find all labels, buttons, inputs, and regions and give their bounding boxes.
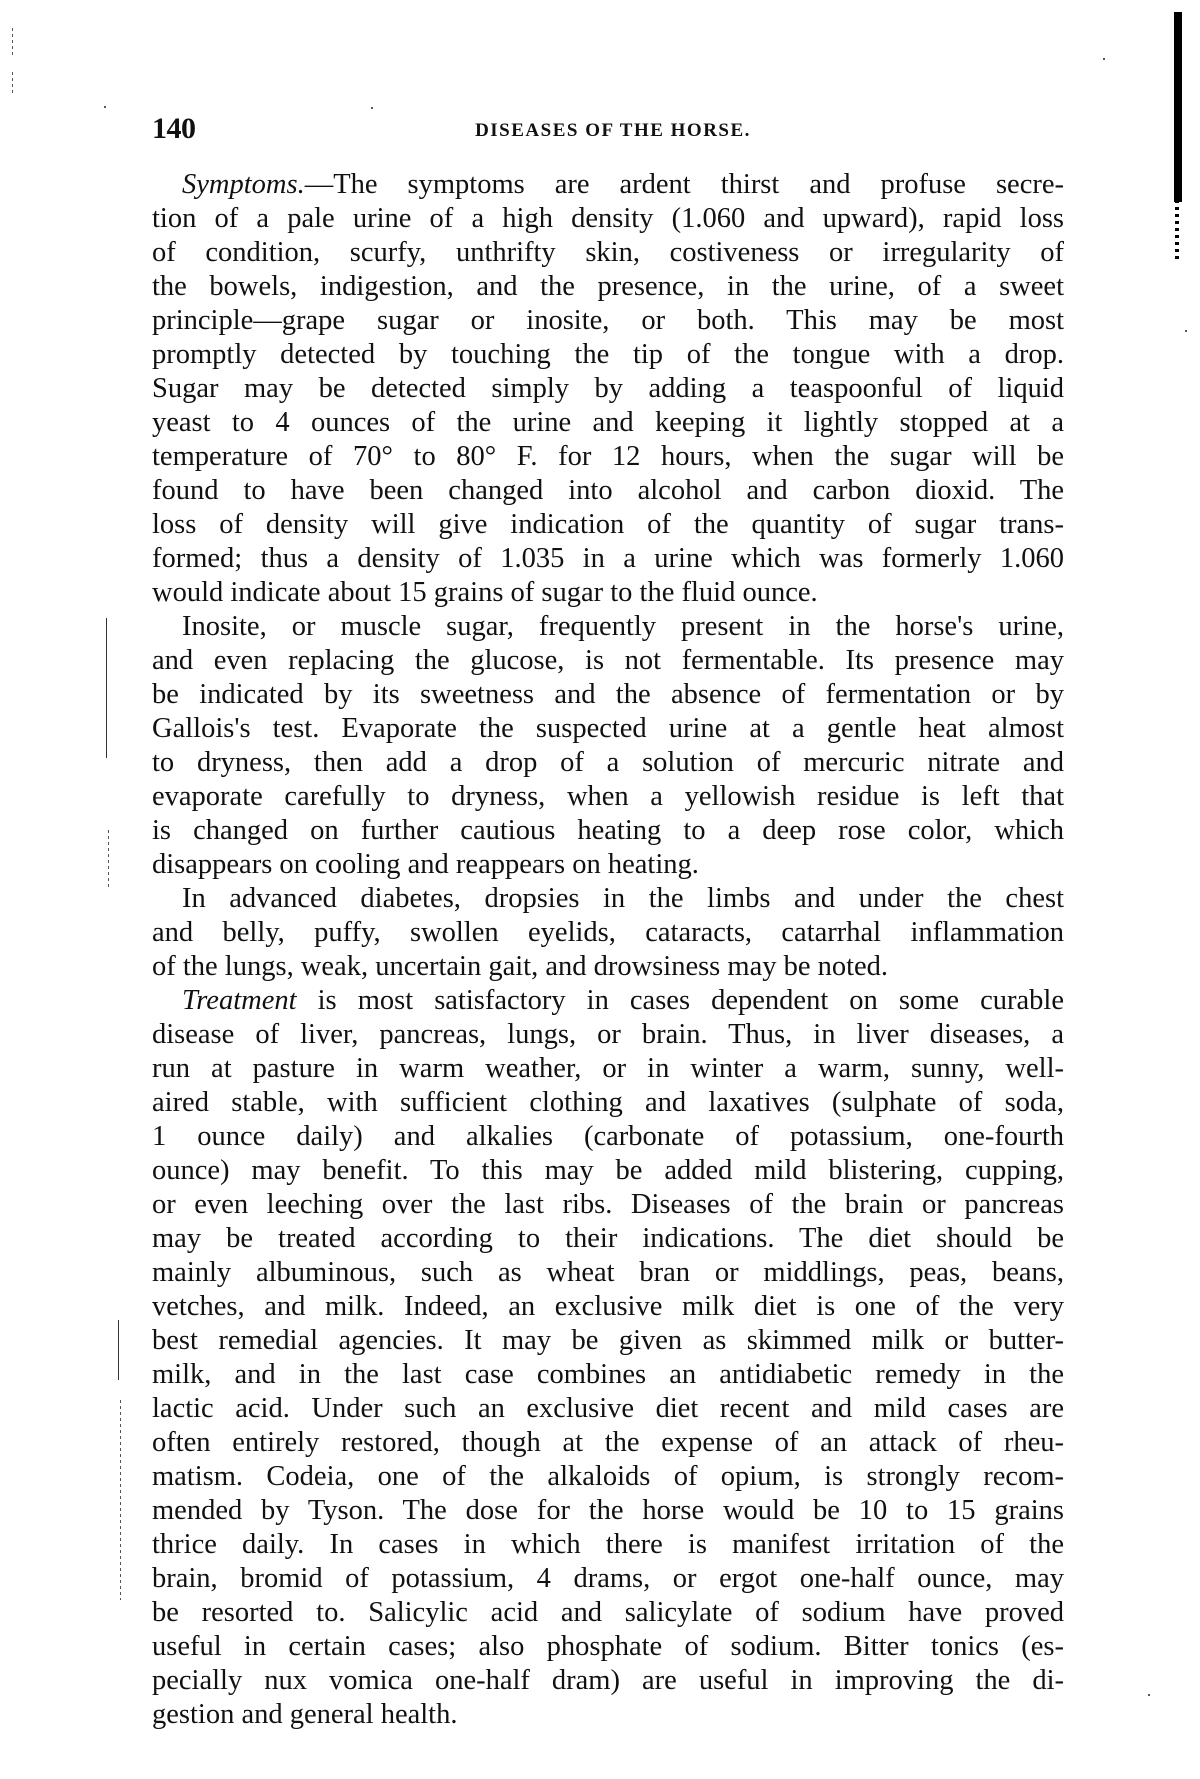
scan-artifact-left <box>106 618 107 758</box>
text-line: matism. Codeia, one of the alkaloids of … <box>152 1460 1064 1494</box>
text-line: vetches, and milk. Indeed, an exclusive … <box>152 1290 1064 1324</box>
text-line: In advanced diabetes, dropsies in the li… <box>152 882 1064 916</box>
section-lead-symptoms: Symptoms. <box>182 169 305 200</box>
text-line: promptly detected by touching the tip of… <box>152 338 1064 372</box>
scan-edge-shadow-fade <box>1175 200 1179 260</box>
text-line: brain, bromid of potassium, 4 drams, or … <box>152 1562 1064 1596</box>
text-line: Gallois's test. Evaporate the suspected … <box>152 712 1064 746</box>
scan-artifact-left <box>12 28 13 58</box>
scan-speck <box>1148 1694 1150 1696</box>
text-line: disappears on cooling and reappears on h… <box>152 848 1064 882</box>
text-line: pecially nux vomica one-half dram) are u… <box>152 1664 1064 1698</box>
book-page: 140 DISEASES OF THE HORSE. Symptoms.—The… <box>0 0 1200 1779</box>
body-text: Symptoms.—The symptoms are ardent thirst… <box>152 168 1064 1732</box>
text-line: temperature of 70° to 80° F. for 12 hour… <box>152 440 1064 474</box>
text-line: Sugar may be detected simply by adding a… <box>152 372 1064 406</box>
text-line: to dryness, then add a drop of a solutio… <box>152 746 1064 780</box>
text-line: the bowels, indigestion, and the presenc… <box>152 270 1064 304</box>
scan-speck <box>1103 58 1105 60</box>
text-line: is changed on further cautious heating t… <box>152 814 1064 848</box>
text-line: and belly, puffy, swollen eyelids, catar… <box>152 916 1064 950</box>
text-line: of condition, scurfy, unthrifty skin, co… <box>152 236 1064 270</box>
text-line: aired stable, with sufficient clothing a… <box>152 1086 1064 1120</box>
text-line: milk, and in the last case combines an a… <box>152 1358 1064 1392</box>
scan-speck <box>104 106 106 108</box>
text-line: disease of liver, pancreas, lungs, or br… <box>152 1018 1064 1052</box>
text-line: formed; thus a density of 1.035 in a uri… <box>152 542 1064 576</box>
text-line: or even leeching over the last ribs. Dis… <box>152 1188 1064 1222</box>
scan-artifact-left <box>120 1400 121 1600</box>
text-line: may be treated according to their indica… <box>152 1222 1064 1256</box>
text-line: be indicated by its sweetness and the ab… <box>152 678 1064 712</box>
scan-artifact-left <box>108 830 109 890</box>
text-line: Treatment is most satisfactory in cases … <box>152 984 1064 1018</box>
text-line: mended by Tyson. The dose for the horse … <box>152 1494 1064 1528</box>
text-line: be resorted to. Salicylic acid and salic… <box>152 1596 1064 1630</box>
running-header: 140 DISEASES OF THE HORSE. <box>152 112 1064 146</box>
scan-artifact-left <box>12 72 13 94</box>
text-line: useful in certain cases; also phosphate … <box>152 1630 1064 1664</box>
text-line: found to have been changed into alcohol … <box>152 474 1064 508</box>
text-line: run at pasture in warm weather, or in wi… <box>152 1052 1064 1086</box>
scan-edge-shadow <box>1174 12 1182 202</box>
text-line: mainly albuminous, such as wheat bran or… <box>152 1256 1064 1290</box>
text-line: ounce) may benefit. To this may be added… <box>152 1154 1064 1188</box>
text-line: Symptoms.—The symptoms are ardent thirst… <box>152 168 1064 202</box>
text-line: 1 ounce daily) and alkalies (carbonate o… <box>152 1120 1064 1154</box>
text-line: would indicate about 15 grains of sugar … <box>152 576 1064 610</box>
text-line: of the lungs, weak, uncertain gait, and … <box>152 950 1064 984</box>
text-line: yeast to 4 ounces of the urine and keepi… <box>152 406 1064 440</box>
text-line: evaporate carefully to dryness, when a y… <box>152 780 1064 814</box>
section-lead-treatment: Treatment <box>182 985 297 1016</box>
text-line: tion of a pale urine of a high density (… <box>152 202 1064 236</box>
scan-artifact-left <box>118 1320 119 1380</box>
text-line: often entirely restored, though at the e… <box>152 1426 1064 1460</box>
text-line: loss of density will give indication of … <box>152 508 1064 542</box>
text-line: gestion and general health. <box>152 1698 1064 1732</box>
text-line: and even replacing the glucose, is not f… <box>152 644 1064 678</box>
running-title: DISEASES OF THE HORSE. <box>152 120 1064 142</box>
scan-speck <box>371 107 373 109</box>
text-line: principle—grape sugar or inosite, or bot… <box>152 304 1064 338</box>
text-line: best remedial agencies. It may be given … <box>152 1324 1064 1358</box>
text-line: Inosite, or muscle sugar, frequently pre… <box>152 610 1064 644</box>
text-line: lactic acid. Under such an exclusive die… <box>152 1392 1064 1426</box>
scan-speck <box>1185 330 1187 332</box>
text-line: thrice daily. In cases in which there is… <box>152 1528 1064 1562</box>
